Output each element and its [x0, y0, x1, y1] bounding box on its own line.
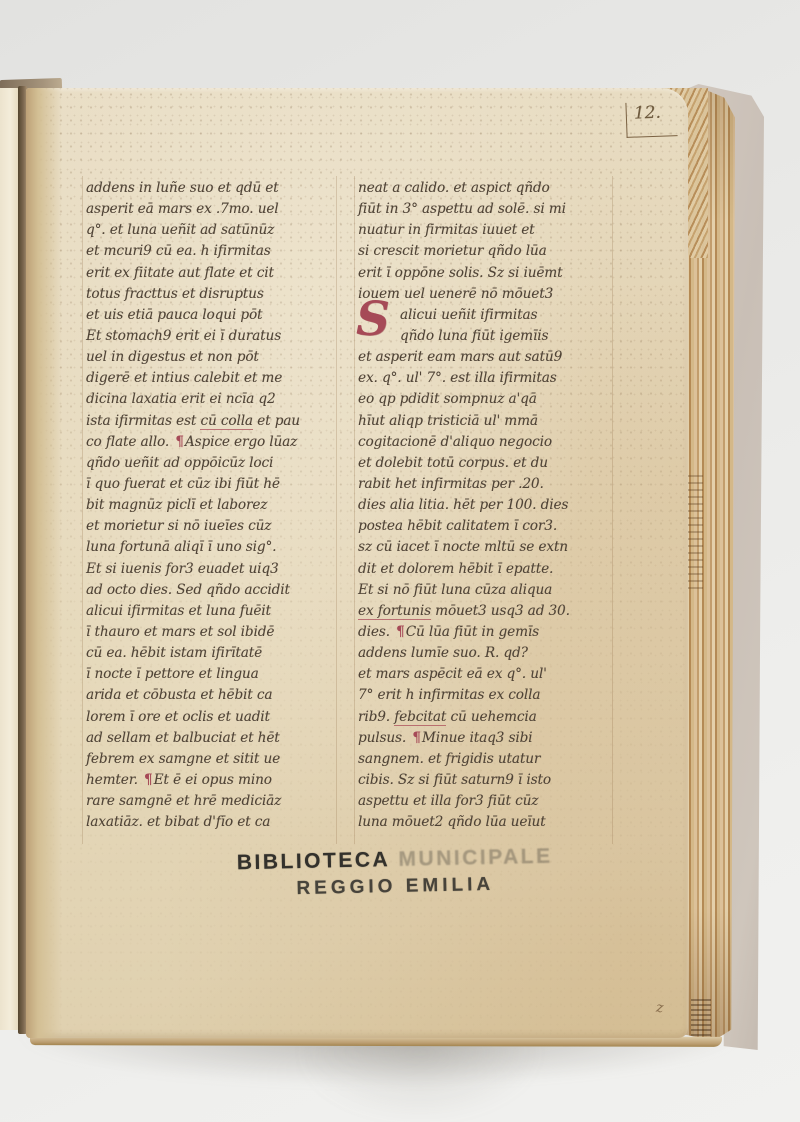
manuscript-text-line: et mars aspēcit eā ex q°. ul'	[358, 664, 616, 685]
paraph-mark: ¶	[412, 730, 421, 746]
fore-edge-ink-marks-bottom	[691, 997, 711, 1041]
manuscript-text-line: Et si nō fiūt luna cūza aliqua	[358, 580, 616, 601]
manuscript-text-line: luna fortunā aliqī ī uno sig°.	[86, 537, 338, 558]
stamp-text-main: BIBLIOTECA	[237, 848, 391, 874]
manuscript-text-line: rib9. febcitat cū uehemcia	[358, 707, 616, 728]
manuscript-text-line: fiūt in 3° aspettu ad solē. si mi	[358, 199, 616, 220]
manuscript-text-line: addens lumīe suo. R. qd?	[358, 643, 616, 664]
manuscript-text-line: arida et cōbusta et hēbit ca	[86, 685, 338, 706]
manuscript-text-line: dit et dolorem hēbit ī epatte.	[358, 559, 616, 580]
manuscript-text-line: ad sellam et balbuciat et hēt	[86, 728, 338, 749]
manuscript-text-line: si crescit morietur qñdo lūa	[358, 241, 616, 262]
manuscript-text-line: addens in luñe suo et qdū et	[86, 178, 338, 199]
manuscript-text-line: iouem uel uenerē nō mōuet3	[358, 284, 616, 305]
facing-page-edge	[0, 88, 19, 1030]
paraph-mark: ¶	[144, 772, 153, 788]
manuscript-text-line: ex. q°. ul' 7°. est illa ifirmitas	[358, 368, 616, 389]
manuscript-text-line: ista ifirmitas est cū colla et pau	[86, 411, 338, 432]
manuscript-text-line: et morietur si nō iueīes cūz	[86, 516, 338, 537]
manuscript-text-line: Et si iuenis for3 euadet uiq3	[86, 559, 338, 580]
manuscript-text-line: et asperit eam mars aut satū9	[358, 347, 616, 368]
manuscript-text-line: pulsus. ¶Minue itaq3 sibi	[358, 728, 616, 749]
manuscript-text-line: cogitacionē d'aliquo negocio	[358, 432, 616, 453]
library-stamp: BIBLIOTECA MUNICIPALE REGGIO EMILIA	[230, 845, 561, 902]
manuscript-text-line: 7° erit h infirmitas ex colla	[358, 685, 616, 706]
manuscript-text-line: cibis. Sz si fiūt saturn9 ī isto	[358, 770, 616, 791]
stamp-line-2: REGGIO EMILIA	[230, 873, 560, 902]
manuscript-text-line: bit magnūz piclī et laborez	[86, 495, 338, 516]
signature-mark: z	[655, 1000, 663, 1016]
manuscript-text-line: dies alia litia. hēt per 100. dies	[358, 495, 616, 516]
book-shadow-soft	[300, 1035, 540, 1120]
manuscript-text-line: rabit het infirmitas per .20.	[358, 474, 616, 495]
photo-background: 12. S addens in luñe suo et qdū etasperi…	[0, 0, 800, 1122]
manuscript-text-line: Et stomach9 erit ei ī duratus	[86, 326, 338, 347]
paraph-mark: ¶	[396, 624, 405, 640]
manuscript-text-line: lorem ī ore et oclis et uadit	[86, 707, 338, 728]
column-rule	[354, 176, 355, 844]
stamp-text-faded: MUNICIPALE	[398, 845, 553, 871]
manuscript-text-line: uel in digestus et non pōt	[86, 347, 338, 368]
stamp-line-1: BIBLIOTECA MUNICIPALE	[230, 845, 560, 876]
manuscript-text-line: sz cū iacet ī nocte mltū se extn	[358, 537, 616, 558]
column-rule	[82, 176, 83, 844]
manuscript-text-line: postea hēbit calitatem ī cor3.	[358, 516, 616, 537]
manuscript-text-line: luna mōuet2 qñdo lūa ueīut	[358, 812, 616, 833]
manuscript-text-line: q°. et luna ueñit ad satūnūz	[86, 220, 338, 241]
manuscript-text-line: ī quo fuerat et cūz ibi fiūt hē	[86, 474, 338, 495]
manuscript-text-line: dies. ¶Cū lūa fiūt in gemīs	[358, 622, 616, 643]
manuscript-text-line: ex fortunis mōuet3 usq3 ad 30.	[358, 601, 616, 622]
manuscript-text-line: erit ī oppōne solis. Sz si iuēmt	[358, 263, 616, 284]
manuscript-text-line: et dolebit totū corpus. et du	[358, 453, 616, 474]
manuscript-text-line: erit ex fiitate aut flate et cit	[86, 263, 338, 284]
manuscript-text-line: qñdo ueñit ad oppōicūz loci	[86, 453, 338, 474]
text-column-left: addens in luñe suo et qdū etasperit eā m…	[86, 178, 338, 833]
manuscript-text-line: aspettu et illa for3 fiūt cūz	[358, 791, 616, 812]
manuscript-text-line: asperit eā mars ex .7mo. uel	[86, 199, 338, 220]
manuscript-text-line: dicina laxatia erit ei ncīa q2	[86, 389, 338, 410]
manuscript-text-line: ad octo dies. Sed qñdo accidit	[86, 580, 338, 601]
manuscript-text-line: febrem ex samgne et sitit ue	[86, 749, 338, 770]
manuscript-text-line: co flate allo. ¶Aspice ergo lūaz	[86, 432, 338, 453]
manuscript-text-line: sangnem. et frigidis utatur	[358, 749, 616, 770]
manuscript-text-line: cū ea. hēbit istam ifirītatē	[86, 643, 338, 664]
text-column-right: neat a calido. et aspict qñdofiūt in 3° …	[358, 178, 616, 833]
manuscript-text-line: et uis etiā pauca loqui pōt	[86, 305, 338, 326]
manuscript-text-line: laxatiāz. et bibat d'fīo et ca	[86, 812, 338, 833]
manuscript-text-line: hemter. ¶Et ē ei opus mino	[86, 770, 338, 791]
manuscript-text-line: ī thauro et mars et sol ibidē	[86, 622, 338, 643]
manuscript-text-line: totus fracttus et disruptus	[86, 284, 338, 305]
manuscript-page: 12. S addens in luñe suo et qdū etasperi…	[26, 88, 688, 1038]
manuscript-text-line: hīut aliqp tristiciā ul' mmā	[358, 411, 616, 432]
manuscript-text-line: digerē et intius calebit et me	[86, 368, 338, 389]
manuscript-text-line: et mcuri9 cū ea. h ifirmitas	[86, 241, 338, 262]
manuscript-text-line: nuatur in firmitas iuuet et	[358, 220, 616, 241]
manuscript-text-line: eo qp pdidit sompnuz a'qā	[358, 389, 616, 410]
folio-number: 12.	[625, 101, 677, 138]
manuscript-text-line: alicui ueñit ifirmitas	[358, 305, 616, 326]
manuscript-text-line: neat a calido. et aspict qñdo	[358, 178, 616, 199]
manuscript-text-line: rare samgnē et hrē mediciāz	[86, 791, 338, 812]
manuscript-text-line: qñdo luna fiūt igemīis	[358, 326, 616, 347]
manuscript-text-line: ī nocte ī pettore et lingua	[86, 664, 338, 685]
manuscript-text-line: alicui ifirmitas et luna fuēit	[86, 601, 338, 622]
fore-edge-ink-marks	[687, 471, 703, 589]
paraph-mark: ¶	[175, 434, 184, 450]
gutter-shading	[26, 88, 62, 1038]
